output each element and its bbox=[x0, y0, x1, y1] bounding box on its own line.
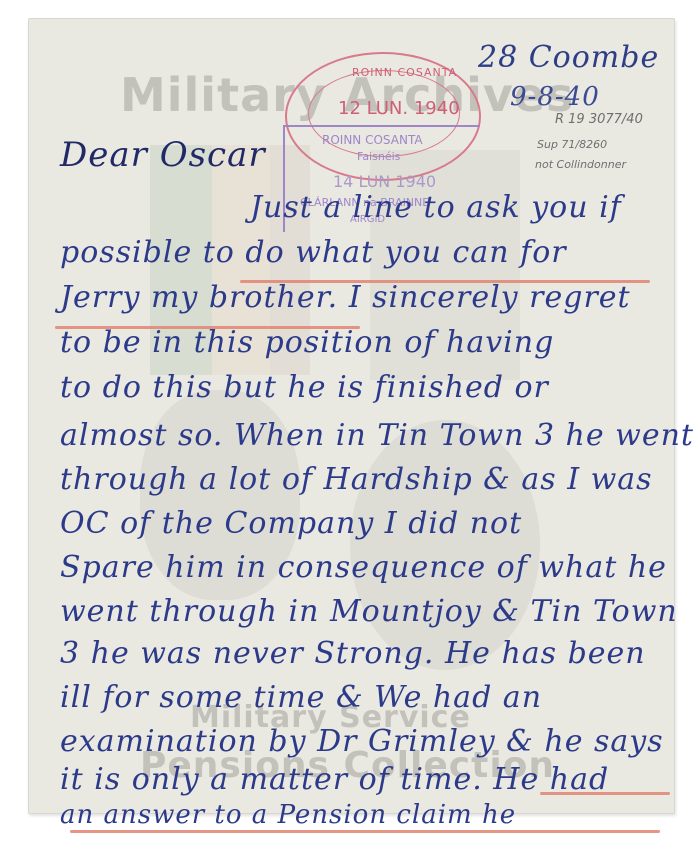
body-line: through a lot of Hardship & as I was bbox=[60, 462, 653, 497]
red-stamp-date: 12 LUN. 1940 bbox=[338, 98, 460, 119]
sender-address: 28 Coombe bbox=[478, 40, 659, 75]
reference-note-3: not Collindonner bbox=[535, 158, 626, 171]
purple-stamp-section: Faisnéis bbox=[357, 150, 400, 163]
body-line: examination by Dr Grimley & he says bbox=[60, 724, 664, 759]
body-line: almost so. When in Tin Town 3 he went bbox=[60, 418, 693, 453]
reference-note-2: Sup 71/8260 bbox=[537, 138, 607, 151]
body-line: to do this but he is finished or bbox=[60, 370, 549, 405]
body-line: Spare him in consequence of what he bbox=[60, 550, 667, 585]
greeting: Dear Oscar bbox=[60, 135, 266, 175]
body-line: to be in this position of having bbox=[60, 325, 554, 360]
purple-stamp-date: 14 LUN 1940 bbox=[333, 172, 436, 191]
body-line: possible to do what you can for bbox=[60, 235, 567, 270]
body-line: went through in Mountjoy & Tin Town bbox=[60, 594, 678, 629]
red-stamp-dept: ROINN COSANTA bbox=[352, 66, 457, 79]
body-line: OC of the Company I did not bbox=[60, 506, 522, 541]
letter-date: 9-8-40 bbox=[510, 82, 600, 112]
red-underline bbox=[540, 792, 670, 795]
purple-stamp-dept: ROINN COSANTA bbox=[322, 133, 423, 147]
reference-note-1: R 19 3077/40 bbox=[555, 112, 643, 127]
body-line: it is only a matter of time. He had bbox=[60, 762, 609, 797]
watermark-medal-right-icon bbox=[350, 420, 540, 670]
body-line: ill for some time & We had an bbox=[60, 680, 542, 715]
body-line: 3 he was never Strong. He has been bbox=[60, 636, 646, 671]
body-line: Just a line to ask you if bbox=[250, 190, 622, 225]
body-line: Jerry my brother. I sincerely regret bbox=[60, 280, 631, 315]
